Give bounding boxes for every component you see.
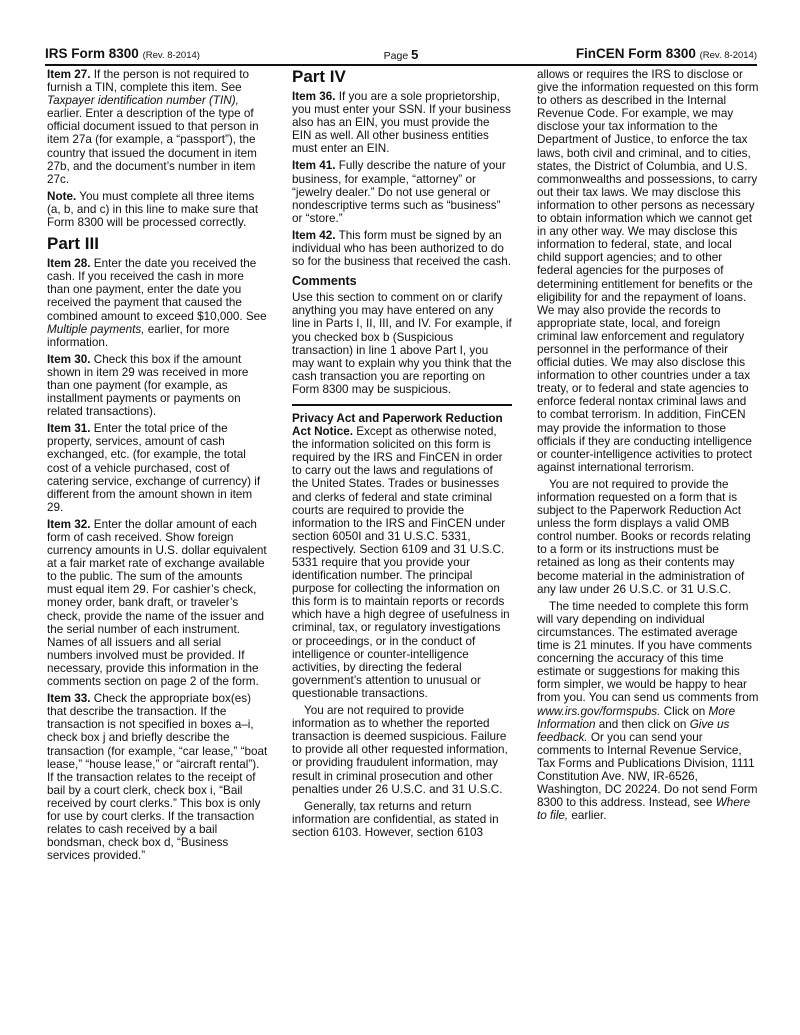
item-text: Check the appropriate box(es) that descr… [47, 692, 267, 862]
comments-text: Use this section to comment on or clarif… [292, 291, 512, 396]
disclosure-paragraph: allows or requires the IRS to disclose o… [537, 68, 759, 474]
note-label: Note. [47, 190, 76, 203]
item-label: Item 27. [47, 68, 91, 81]
cross-reference: Multiple payments, [47, 323, 144, 336]
item-label: Item 41. [292, 159, 336, 172]
irs-url-link[interactable]: www.irs.gov/formspubs. [537, 705, 660, 718]
item-text: earlier. Enter a description of the type… [47, 107, 259, 185]
fincen-form-title: FinCEN Form 8300 (Rev. 8-2014) [576, 46, 757, 61]
item-31: Item 31. Enter the total price of the pr… [47, 422, 269, 514]
text: Click on [660, 705, 708, 718]
page-number-value: 5 [411, 47, 418, 62]
item-text: Enter the total price of the property, s… [47, 422, 260, 514]
section-divider [292, 404, 512, 406]
text: earlier. [568, 809, 606, 822]
item-28: Item 28. Enter the date you received the… [47, 257, 269, 349]
privacy-act-notice: Privacy Act and Paperwork Reduction Act … [292, 412, 512, 700]
item-label: Item 32. [47, 518, 91, 531]
item-33: Item 33. Check the appropriate box(es) t… [47, 692, 269, 862]
comments-heading: Comments [292, 274, 512, 288]
time-estimate-paragraph: The time needed to complete this form wi… [537, 600, 759, 823]
item-label: Item 42. [292, 229, 336, 242]
confidential-paragraph: Generally, tax returns and return inform… [292, 800, 512, 839]
item-label: Item 36. [292, 90, 336, 103]
fincen-form-revision: (Rev. 8-2014) [700, 50, 757, 61]
note-text: You must complete all three items (a, b,… [47, 190, 258, 229]
item-41: Item 41. Fully describe the nature of yo… [292, 159, 512, 224]
item-label: Item 28. [47, 257, 91, 270]
item-30: Item 30. Check this box if the amount sh… [47, 353, 269, 418]
cross-reference: Taxpayer identification number (TIN), [47, 94, 239, 107]
part-iii-heading: Part III [47, 235, 269, 253]
text: and then click on [595, 718, 689, 731]
column-middle: Part IV Item 36. If you are a sole propr… [292, 68, 512, 843]
privacy-act-text: Except as otherwise noted, the informati… [292, 425, 510, 700]
not-required-paragraph: You are not required to provide informat… [292, 704, 512, 796]
fincen-form-name: FinCEN Form 8300 [576, 46, 696, 61]
column-left: Item 27. If the person is not required t… [47, 68, 269, 866]
item-42: Item 42. This form must be signed by an … [292, 229, 512, 268]
note: Note. You must complete all three items … [47, 190, 269, 229]
item-27: Item 27. If the person is not required t… [47, 68, 269, 186]
page-header: IRS Form 8300 (Rev. 8-2014) Page 5 FinCE… [45, 44, 757, 66]
page-label: Page [384, 50, 409, 62]
item-label: Item 30. [47, 353, 91, 366]
item-label: Item 33. [47, 692, 91, 705]
item-32: Item 32. Enter the dollar amount of each… [47, 518, 269, 688]
omb-paragraph: You are not required to provide the info… [537, 478, 759, 596]
item-text: Enter the dollar amount of each form of … [47, 518, 267, 688]
item-36: Item 36. If you are a sole proprietorshi… [292, 90, 512, 155]
item-label: Item 31. [47, 422, 91, 435]
column-right: allows or requires the IRS to disclose o… [537, 68, 759, 826]
text: The time needed to complete this form wi… [537, 600, 759, 705]
part-iv-heading: Part IV [292, 68, 512, 86]
